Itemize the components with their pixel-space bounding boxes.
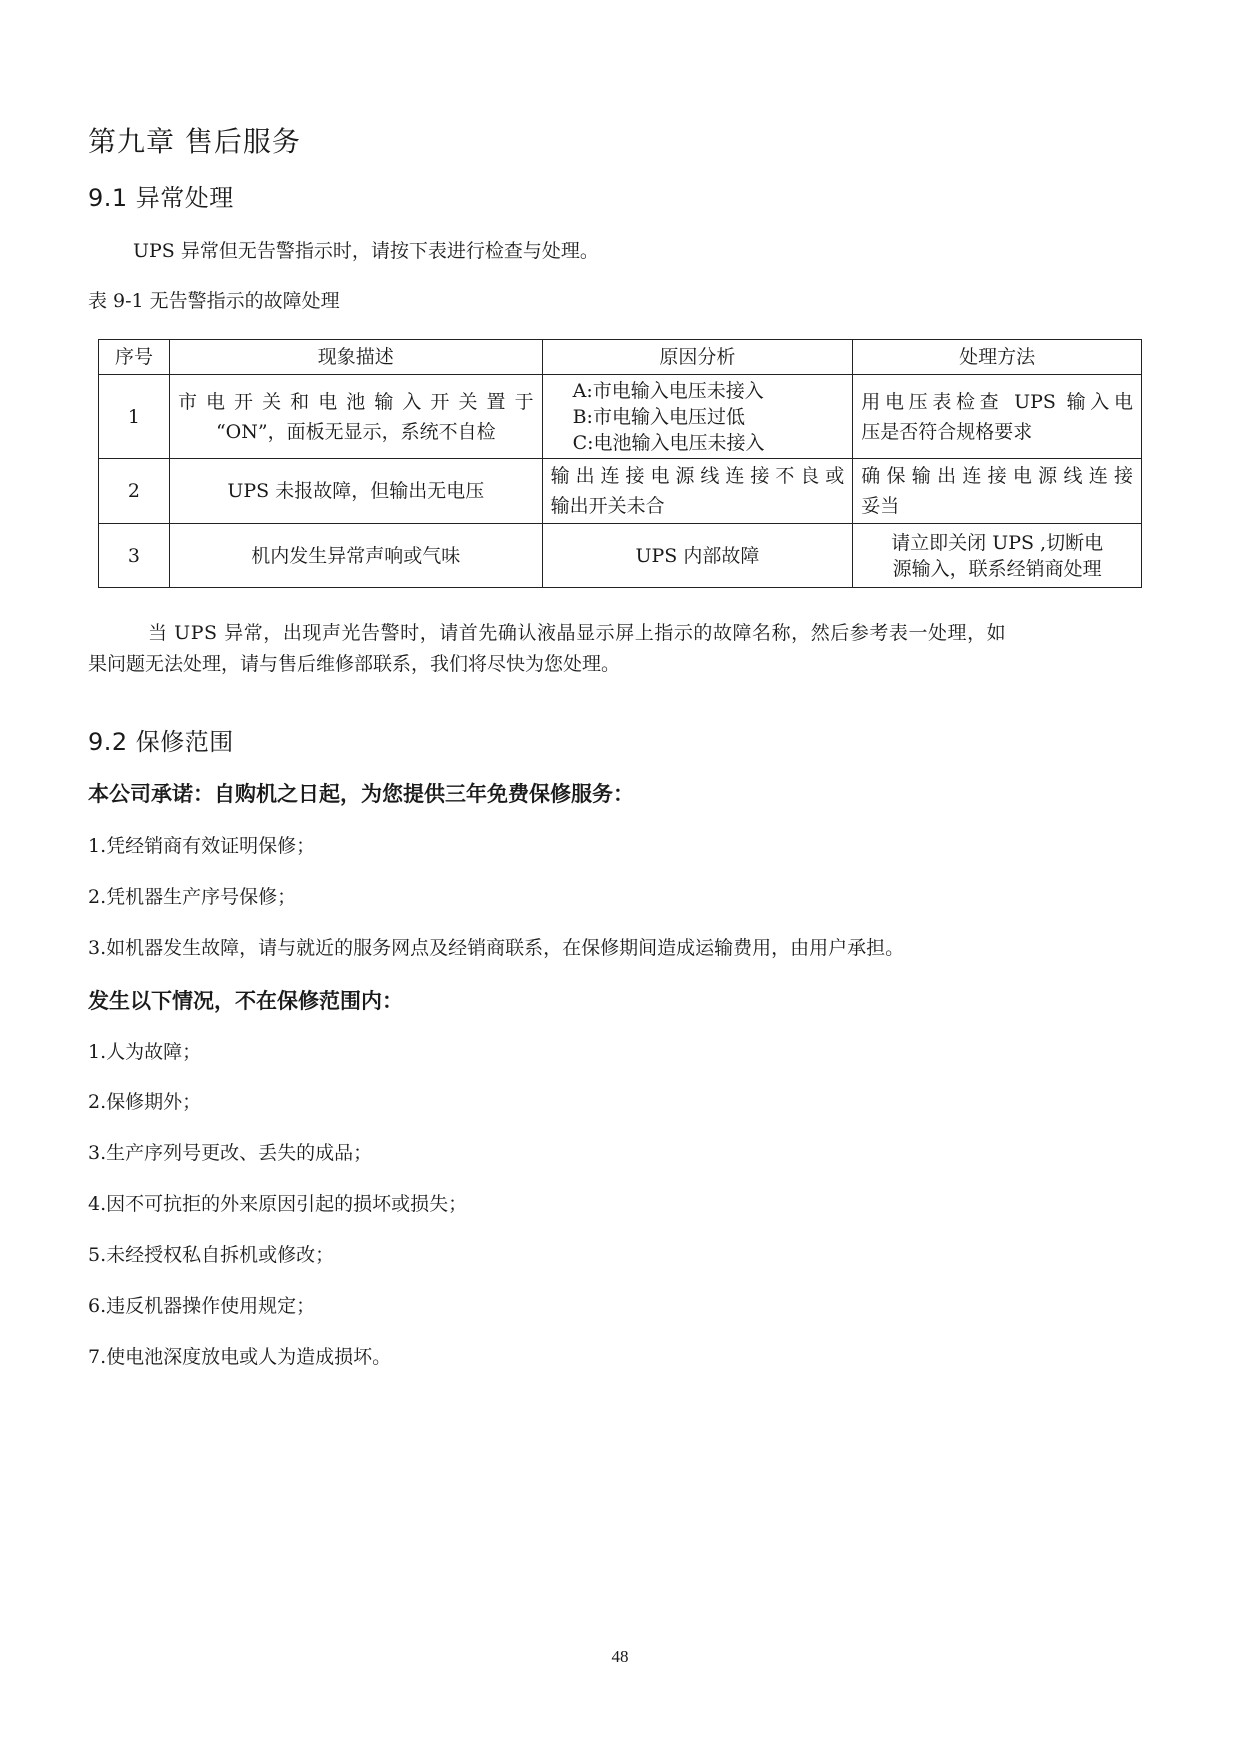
table-row: 1 市电开关和电池输入开关置于 “ON”，面板无显示，系统不自检 A:市电输入电…	[99, 375, 1142, 459]
solution-line: 请立即关闭 UPS ,切断电	[861, 530, 1133, 556]
row-no: 3	[99, 524, 170, 588]
row-no: 2	[99, 459, 170, 524]
exclusion-item: 3.生产序列号更改、丢失的成品；	[88, 1138, 372, 1165]
note-line-1: 当 UPS 异常，出现声光告警时，请首先确认液晶显示屏上指示的故障名称，然后参考…	[148, 618, 1006, 645]
row-cause: 输出连接电源线连接不良或 输出开关未合	[542, 459, 853, 524]
phenomenon-line: “ON”，面板无显示，系统不自检	[178, 417, 534, 447]
cause-line: A:市电输入电压未接入	[573, 378, 845, 404]
row-no: 1	[99, 375, 170, 459]
row-cause: A:市电输入电压未接入 B:市电输入电压过低 C:电池输入电压未接入	[542, 375, 853, 459]
cause-line: 输出开关未合	[551, 491, 845, 521]
row-solution: 用电压表检查 UPS 输入电 压是否符合规格要求	[853, 375, 1142, 459]
row-phenomenon: UPS 未报故障，但输出无电压	[169, 459, 542, 524]
row-cause: UPS 内部故障	[542, 524, 853, 588]
row-phenomenon: 市电开关和电池输入开关置于 “ON”，面板无显示，系统不自检	[169, 375, 542, 459]
cause-line: B:市电输入电压过低	[573, 404, 845, 430]
table-header-row: 序号 现象描述 原因分析 处理方法	[99, 340, 1142, 375]
solution-line: 压是否符合规格要求	[861, 417, 1133, 447]
row-phenomenon: 机内发生异常声响或气味	[169, 524, 542, 588]
chapter-title: 第九章 售后服务	[88, 120, 301, 160]
cause-line: C:电池输入电压未接入	[573, 430, 845, 456]
solution-line: 用电压表检查 UPS 输入电	[861, 387, 1133, 417]
note-line-2: 果问题无法处理，请与售后维修部联系，我们将尽快为您处理。	[88, 649, 620, 676]
warranty-item: 2.凭机器生产序号保修；	[88, 882, 296, 909]
phenomenon-line: UPS 未报故障，但输出无电压	[178, 476, 534, 506]
header-no: 序号	[99, 340, 170, 375]
header-phenomenon: 现象描述	[169, 340, 542, 375]
solution-line: 源输入，联系经销商处理	[861, 556, 1133, 582]
exclusion-item: 2.保修期外；	[88, 1087, 201, 1114]
section-9-1-intro: UPS 异常但无告警指示时，请按下表进行检查与处理。	[133, 236, 599, 263]
cause-line: 输出连接电源线连接不良或	[551, 461, 845, 491]
section-9-2-title: 9.2 保修范围	[88, 722, 234, 757]
solution-line: 妥当	[861, 491, 1133, 521]
page-number: 48	[0, 1647, 1240, 1667]
table-caption: 表 9-1 无告警指示的故障处理	[88, 286, 340, 313]
row-solution: 确保输出连接电源线连接 妥当	[853, 459, 1142, 524]
exclusion-item: 6.违反机器操作使用规定；	[88, 1291, 315, 1318]
warranty-promise: 本公司承诺：自购机之日起，为您提供三年免费保修服务：	[88, 778, 634, 808]
cause-line: UPS 内部故障	[551, 541, 845, 571]
exclusion-item: 4.因不可抗拒的外来原因引起的损坏或损失；	[88, 1189, 467, 1216]
warranty-item: 1.凭经销商有效证明保修；	[88, 831, 315, 858]
header-solution: 处理方法	[853, 340, 1142, 375]
solution-line: 确保输出连接电源线连接	[861, 461, 1133, 491]
exclusion-heading: 发生以下情况，不在保修范围内：	[88, 985, 403, 1015]
row-solution: 请立即关闭 UPS ,切断电 源输入，联系经销商处理	[853, 524, 1142, 588]
exclusion-item: 7.使电池深度放电或人为造成损坏。	[88, 1342, 391, 1369]
phenomenon-line: 机内发生异常声响或气味	[178, 541, 534, 571]
warranty-item: 3.如机器发生故障，请与就近的服务网点及经销商联系，在保修期间造成运输费用，由用…	[88, 933, 904, 960]
exclusion-item: 5.未经授权私自拆机或修改；	[88, 1240, 334, 1267]
exclusion-item: 1.人为故障；	[88, 1037, 201, 1064]
table-row: 3 机内发生异常声响或气味 UPS 内部故障 请立即关闭 UPS ,切断电 源输…	[99, 524, 1142, 588]
section-9-1-title: 9.1 异常处理	[88, 178, 234, 213]
header-cause: 原因分析	[542, 340, 853, 375]
phenomenon-line: 市电开关和电池输入开关置于	[178, 387, 534, 417]
table-row: 2 UPS 未报故障，但输出无电压 输出连接电源线连接不良或 输出开关未合 确保…	[99, 459, 1142, 524]
fault-table: 序号 现象描述 原因分析 处理方法 1 市电开关和电池输入开关置于 “ON”，面…	[98, 339, 1142, 588]
